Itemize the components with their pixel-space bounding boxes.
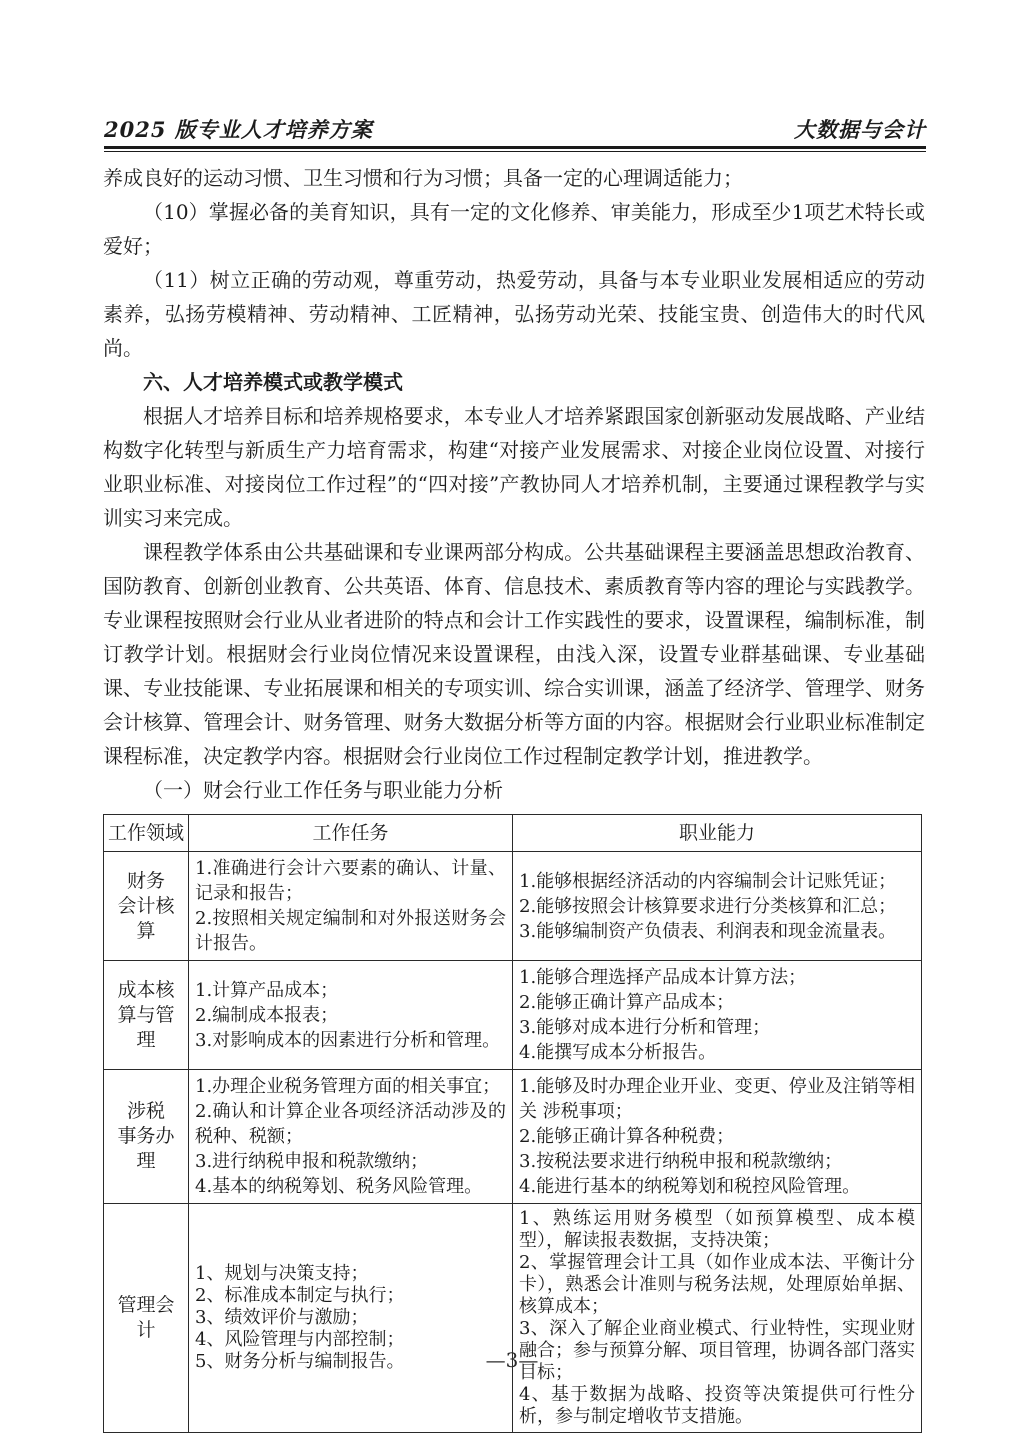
cell-abilities: 1、熟练运用财务模型（如预算模型、成本模型），解读报表数据，支持决策； 2、掌握… (513, 1204, 922, 1433)
document-page: 2025 版专业人才培养方案 大数据与会计 养成良好的运动习惯、卫生习惯和行为习… (0, 0, 1024, 1448)
cell-work-tasks: 1.办理企业税务管理方面的相关事宜； 2.确认和计算企业各项经济活动涉及的税种、… (189, 1070, 513, 1204)
table-row: 涉税 事务办理 1.办理企业税务管理方面的相关事宜； 2.确认和计算企业各项经济… (104, 1070, 922, 1204)
col-header-abilities: 职业能力 (513, 815, 922, 852)
cell-work-field: 管理会计 (104, 1204, 189, 1433)
task-ability-table: 工作领域 工作任务 职业能力 财务 会计核算 1.准确进行会计六要素的确认、计量… (103, 814, 922, 1433)
cell-work-field: 成本核 算与管理 (104, 961, 189, 1070)
header-doc-title: 2025 版专业人才培养方案 (104, 114, 373, 144)
cell-work-tasks: 1、规划与决策支持； 2、标准成本制定与执行； 3、绩效评价与激励； 4、风险管… (189, 1204, 513, 1433)
paragraph-mode-2: 课程教学体系由公共基础课和专业课两部分构成。公共基础课程主要涵盖思想政治教育、国… (103, 535, 925, 773)
page-footer: —3— (0, 1348, 1024, 1372)
header-major-name: 大数据与会计 (794, 114, 926, 144)
section-heading-six: 六、人才培养模式或教学模式 (103, 365, 925, 399)
header-rule (104, 146, 926, 152)
cell-abilities: 1.能够及时办理企业开业、变更、停业及注销等相关 涉税事项； 2.能够正确计算各… (513, 1070, 922, 1204)
cell-work-field: 财务 会计核算 (104, 852, 189, 961)
page-number: —3— (486, 1348, 539, 1372)
cell-work-tasks: 1.计算产品成本； 2.编制成本报表； 3.对影响成本的因素进行分析和管理。 (189, 961, 513, 1070)
paragraph-item-11: （11）树立正确的劳动观，尊重劳动，热爱劳动，具备与本专业职业发展相适应的劳动素… (103, 263, 925, 365)
cell-abilities: 1.能够合理选择产品成本计算方法； 2.能够正确计算产品成本； 3.能够对成本进… (513, 961, 922, 1070)
paragraph-item-10: （10）掌握必备的美育知识，具有一定的文化修养、审美能力，形成至少1项艺术特长或… (103, 195, 925, 263)
col-header-work-tasks: 工作任务 (189, 815, 513, 852)
table-row: 成本核 算与管理 1.计算产品成本； 2.编制成本报表； 3.对影响成本的因素进… (104, 961, 922, 1070)
cell-work-field: 涉税 事务办理 (104, 1070, 189, 1204)
table-header-row: 工作领域 工作任务 职业能力 (104, 815, 922, 852)
table-row: 管理会计 1、规划与决策支持； 2、标准成本制定与执行； 3、绩效评价与激励； … (104, 1204, 922, 1433)
page-header: 2025 版专业人才培养方案 大数据与会计 (104, 114, 926, 144)
cell-work-tasks: 1.准确进行会计六要素的确认、计量、记录和报告； 2.按照相关规定编制和对外报送… (189, 852, 513, 961)
document-body: 养成良好的运动习惯、卫生习惯和行为习惯；具备一定的心理调适能力； （10）掌握必… (103, 161, 925, 1433)
subsection-heading: （一）财会行业工作任务与职业能力分析 (103, 773, 925, 807)
col-header-work-field: 工作领域 (104, 815, 189, 852)
paragraph-habits: 养成良好的运动习惯、卫生习惯和行为习惯；具备一定的心理调适能力； (103, 161, 925, 195)
cell-abilities: 1.能够根据经济活动的内容编制会计记账凭证； 2.能够按照会计核算要求进行分类核… (513, 852, 922, 961)
paragraph-mode-1: 根据人才培养目标和培养规格要求，本专业人才培养紧跟国家创新驱动发展战略、产业结构… (103, 399, 925, 535)
table-row: 财务 会计核算 1.准确进行会计六要素的确认、计量、记录和报告； 2.按照相关规… (104, 852, 922, 961)
